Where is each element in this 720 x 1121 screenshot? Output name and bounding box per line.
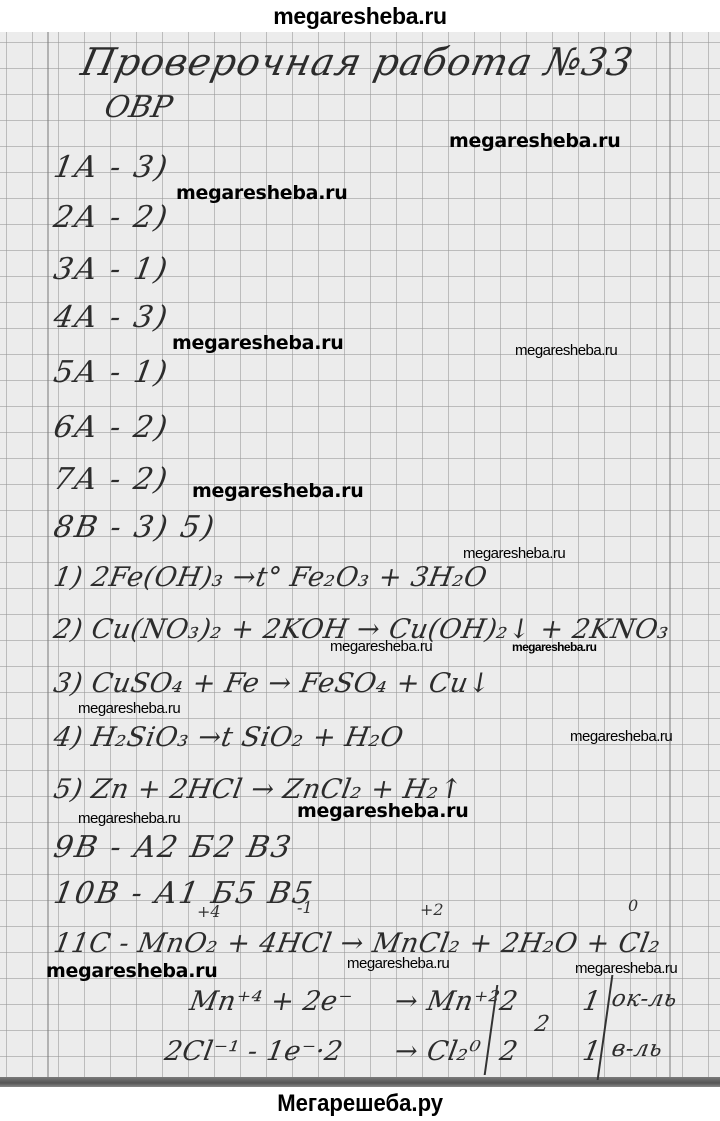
- site-name-cyrillic: Мегарешеба.ру: [277, 1087, 443, 1121]
- site-header-banner: megaresheba.ru: [0, 0, 720, 32]
- ox-state-cl-reactant: -1: [297, 898, 313, 917]
- watermark: megaresheba.ru: [570, 728, 672, 745]
- half-reaction-oxidation-right: → Cl₂⁰: [392, 1036, 483, 1067]
- watermark: megaresheba.ru: [463, 545, 565, 562]
- ox-state-mn-product: +2: [420, 900, 444, 919]
- watermark: megaresheba.ru: [46, 960, 217, 982]
- ox-state-cl-product: 0: [628, 896, 638, 915]
- watermark: megaresheba.ru: [347, 955, 449, 972]
- watermark: megaresheba.ru: [172, 332, 343, 354]
- equation-3: 3) CuSO₄ + Fe → FeSO₄ + Cu↓: [51, 668, 494, 699]
- watermark: megaresheba.ru: [297, 800, 468, 822]
- equation-1: 1) 2Fe(OH)₃ →t° Fe₂O₃ + 3H₂O: [51, 562, 489, 593]
- answer-6a: 6A - 2): [51, 410, 172, 445]
- watermark: megaresheba.ru: [512, 640, 596, 654]
- answer-3a: 3A - 1): [51, 252, 172, 287]
- answer-9b: 9B - A2 Б2 В3: [51, 830, 296, 865]
- role-oxidizer: ок-ль: [610, 986, 680, 1012]
- half-reaction-oxidation-left: 2Cl⁻¹ - 1e⁻·2: [162, 1036, 345, 1067]
- watermark: megaresheba.ru: [78, 810, 180, 827]
- watermark: megaresheba.ru: [330, 638, 432, 655]
- watermark: megaresheba.ru: [192, 480, 363, 502]
- watermark: megaresheba.ru: [449, 130, 620, 152]
- half-reaction-reduction-right: → Mn⁺²: [392, 986, 502, 1017]
- equation-4: 4) H₂SiO₃ →t SiO₂ + H₂O: [51, 722, 406, 753]
- answer-2a: 2A - 2): [51, 200, 172, 235]
- answer-1a: 1A - 3): [51, 150, 172, 185]
- answer-10b: 10B - A1 Б5 В5: [51, 876, 317, 911]
- answer-4a: 4A - 3): [51, 300, 172, 335]
- answer-7a: 7A - 2): [51, 462, 172, 497]
- site-name: megaresheba.ru: [273, 3, 447, 29]
- watermark: megaresheba.ru: [575, 960, 677, 977]
- worksheet-subtitle: ОВР: [101, 90, 175, 125]
- role-reducer: в-ль: [610, 1036, 665, 1062]
- watermark: megaresheba.ru: [515, 342, 617, 359]
- worksheet-title: Проверочная работа №33: [77, 40, 637, 84]
- half-reaction-reduction-left: Mn⁺⁴ + 2e⁻: [187, 986, 355, 1017]
- site-footer-banner: Мегарешеба.ру: [0, 1087, 720, 1121]
- page-edge-shadow: [0, 1077, 720, 1087]
- ox-state-mn-reactant: +4: [197, 902, 221, 921]
- answer-5a: 5A - 1): [51, 355, 172, 390]
- watermark: megaresheba.ru: [78, 700, 180, 717]
- watermark: megaresheba.ru: [176, 182, 347, 204]
- answer-8b: 8B - 3) 5): [51, 510, 219, 545]
